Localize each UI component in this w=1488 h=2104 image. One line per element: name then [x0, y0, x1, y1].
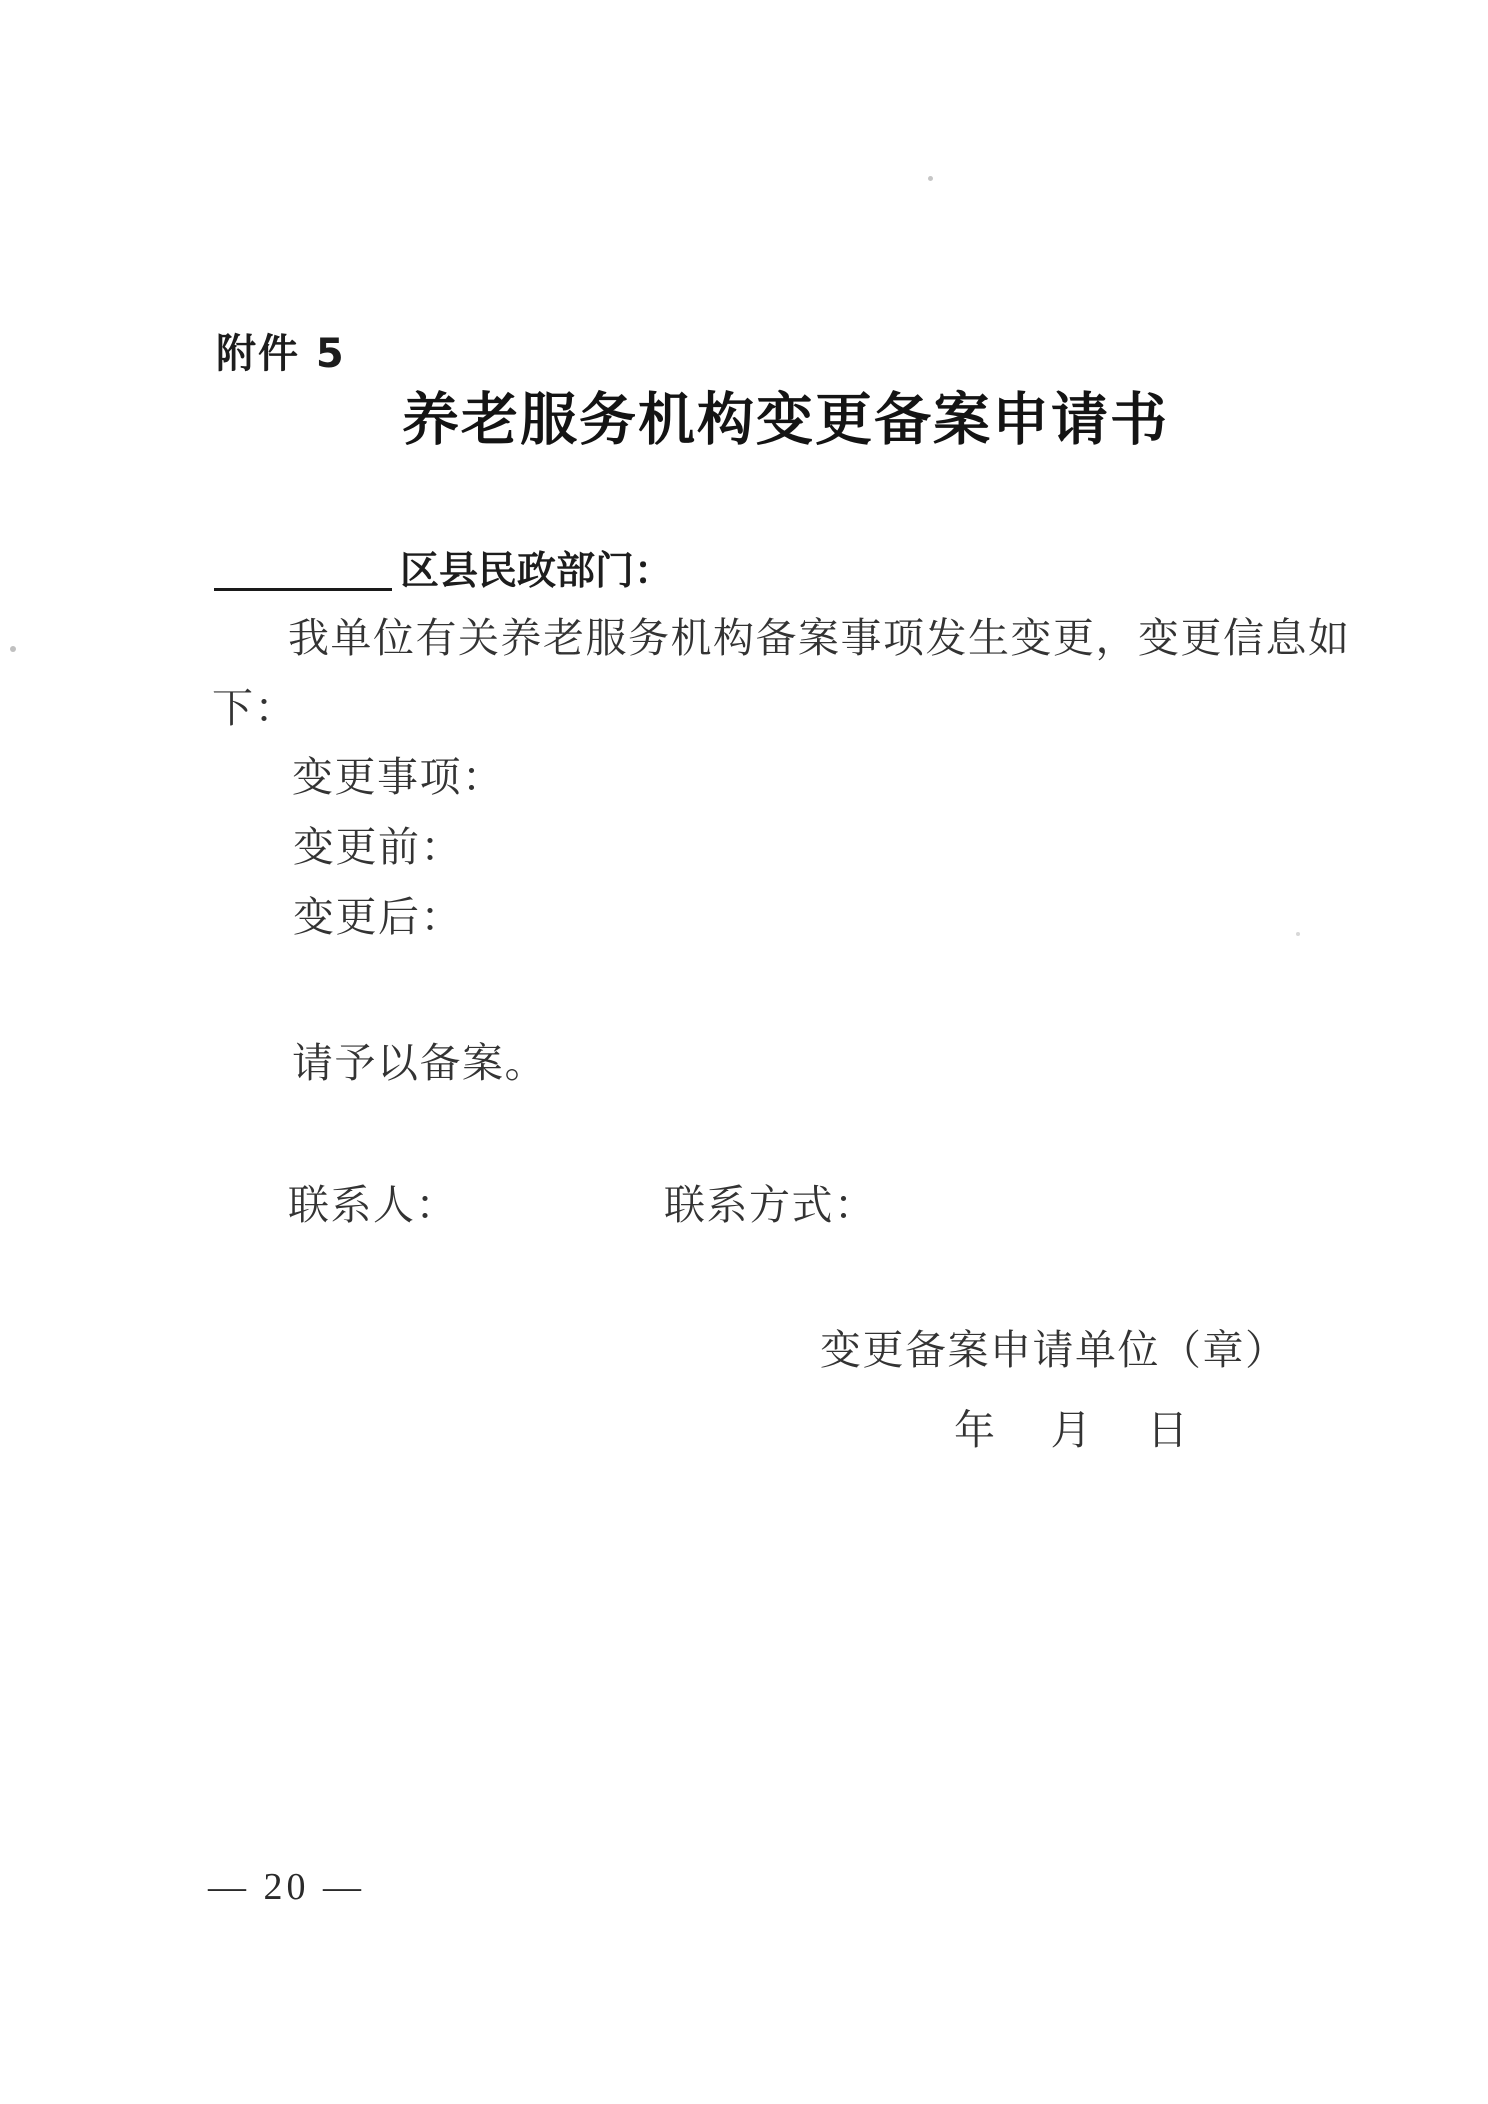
scan-speckle [10, 646, 16, 652]
signature-unit-line: 变更备案申请单位（章） [820, 1330, 1288, 1371]
field-label-change-item: 变更事项： [292, 757, 505, 798]
request-line: 请予以备案。 [292, 1043, 547, 1084]
signature-date-line: 年 月 日 [954, 1410, 1190, 1451]
page-number: — 20 — [208, 1868, 365, 1906]
scan-speckle [928, 176, 933, 181]
date-year-label: 年 [954, 1410, 997, 1451]
salutation-label: 区县民政部门： [400, 552, 673, 591]
salutation-row: 区县民政部门： [214, 548, 673, 591]
date-day-label: 日 [1147, 1410, 1190, 1451]
field-label-before-change: 变更前： [293, 827, 463, 868]
fill-in-blank-line [214, 548, 392, 591]
scan-speckle [1296, 932, 1300, 936]
contact-person-label: 联系人： [288, 1185, 458, 1226]
body-paragraph-line-1: 我单位有关养老服务机构备案事项发生变更，变更信息如 [288, 618, 1351, 659]
contact-method-label: 联系方式： [664, 1185, 877, 1226]
body-paragraph-line-2: 下： [212, 688, 297, 729]
document-page: 附件 5 养老服务机构变更备案申请书 区县民政部门： 我单位有关养老服务机构备案… [0, 0, 1488, 2104]
date-month-label: 月 [1051, 1410, 1094, 1451]
document-title: 养老服务机构变更备案申请书 [402, 392, 1169, 449]
field-label-after-change: 变更后： [293, 897, 463, 938]
attachment-label: 附件 5 [216, 334, 346, 374]
